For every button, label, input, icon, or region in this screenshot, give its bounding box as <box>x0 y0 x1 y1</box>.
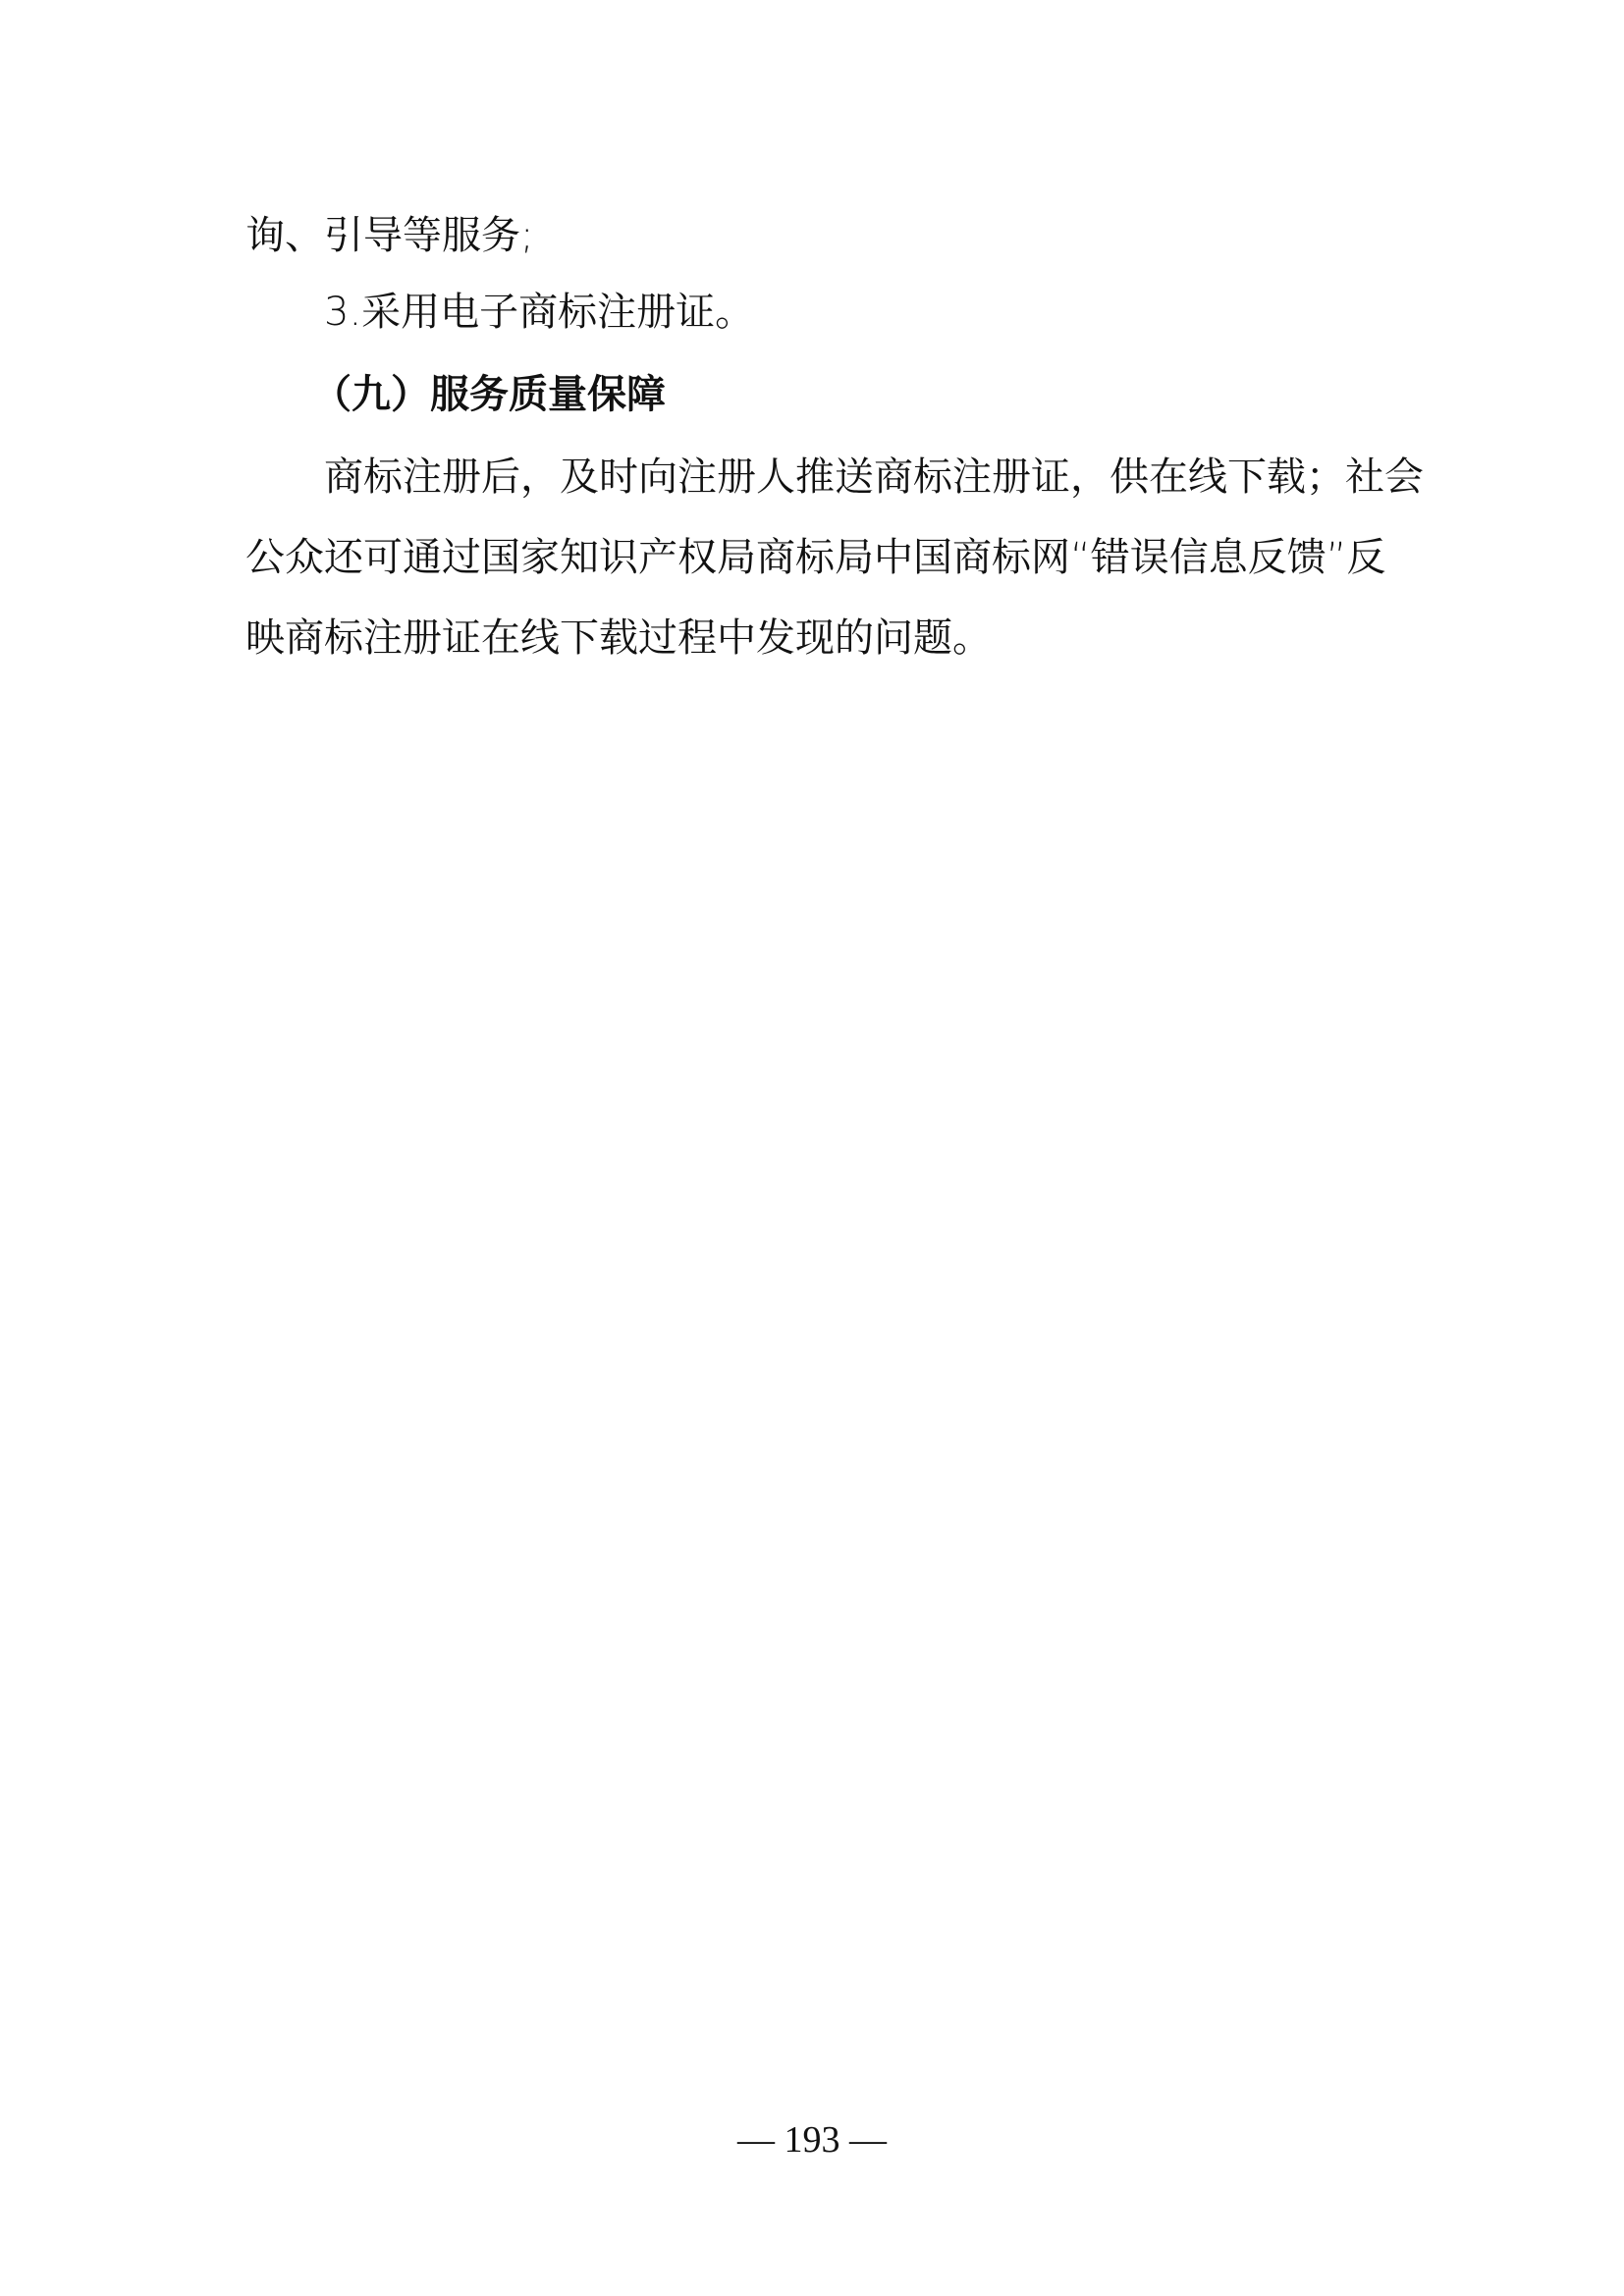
document-page: 询、引导等服务; 3.采用电子商标注册证。 （九）服务质量保障 商标注册后，及时… <box>0 0 1624 2296</box>
paragraph-line-2: 公众还可通过国家知识产权局商标局中国商标网“错误信息反馈”反 <box>245 534 1384 581</box>
list-item-continuation: 询、引导等服务; <box>245 212 1384 259</box>
list-item-3: 3.采用电子商标注册证。 <box>324 289 1384 336</box>
page-number: — 193 — <box>0 2118 1624 2162</box>
section-heading: （九）服务质量保障 <box>312 371 1451 418</box>
paragraph-line-3: 映商标注册证在线下载过程中发现的问题。 <box>245 614 1384 662</box>
paragraph-line-1: 商标注册后，及时向注册人推送商标注册证，供在线下载；社会 <box>324 454 1384 501</box>
